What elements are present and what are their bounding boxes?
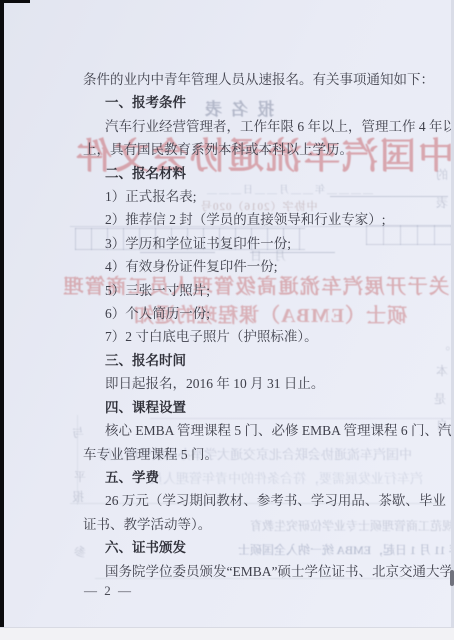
- text-line: 五、学费: [83, 466, 445, 489]
- scan-edge-bottom: [0, 628, 454, 640]
- document-body: 条件的业内中青年管理人员从速报名。有关事项通知如下：一、报考条件汽车行业经营管理…: [83, 68, 445, 583]
- text-line: 6）个人简历一份;: [83, 302, 445, 325]
- text-line: 7）2 寸白底电子照片（护照标准）。: [83, 325, 445, 348]
- text-line: 二、报名材料: [83, 162, 445, 185]
- text-line: 六、证书颁发: [83, 536, 445, 559]
- text-line: 3）学历和学位证书复印件一份;: [83, 232, 445, 255]
- text-line: 三、报名时间: [83, 349, 445, 372]
- text-line: 即日起报名，2016 年 10 月 31 日止。: [83, 372, 445, 395]
- text-line: 5）三张一寸照片;: [83, 279, 445, 302]
- scan-edge-left: [0, 0, 4, 632]
- text-line: 国务院学位委员颁发“EMBA”硕士学位证书、北京交通大学: [83, 560, 445, 583]
- text-line: 26 万元（学习期间教材、参考书、学习用品、茶歇、毕业: [83, 489, 445, 512]
- text-line: 汽车行业经营管理者，工作年限 6 年以上，管理工作 4 年以: [83, 115, 445, 138]
- scan-edge-top-corner: [0, 0, 30, 3]
- page-number: — 2 —: [84, 583, 133, 599]
- text-line: 车专业管理课程 5 门。: [83, 443, 445, 466]
- scan-edge-smudge: [450, 570, 454, 586]
- text-line: 条件的业内中青年管理人员从速报名。有关事项通知如下：: [83, 68, 445, 91]
- text-line: 四、课程设置: [83, 396, 445, 419]
- text-line: 证书、教学活动等）。: [83, 513, 445, 536]
- text-line: 一、报考条件: [83, 91, 445, 114]
- text-line: 2）推荐信 2 封（学员的直接领导和行业专家）;: [83, 208, 445, 231]
- text-line: 4）有效身份证件复印件一份;: [83, 255, 445, 278]
- text-line: 核心 EMBA 管理课程 5 门、必修 EMBA 管理课程 6 门、汽: [83, 419, 445, 442]
- scanned-document-page: 报名表 中国汽车流通协会文件 ＿＿＿＿年＿＿月＿＿日＿＿＿ 中协字（2016）0…: [0, 0, 454, 640]
- text-line: 1）正式报名表;: [83, 185, 445, 208]
- text-line: 上，具有国民教育系列本科或本科以上学历。: [83, 138, 445, 161]
